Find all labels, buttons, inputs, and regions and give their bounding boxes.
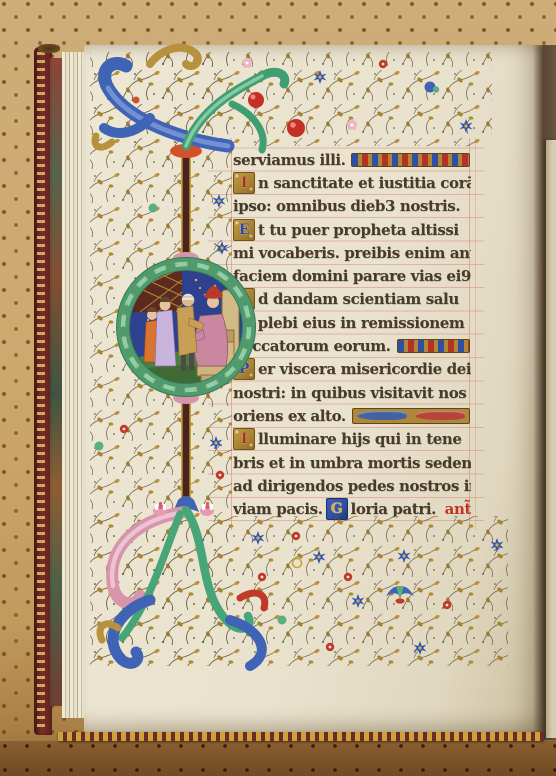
line-text: mi vocaberis. preibis enim ante	[233, 244, 471, 262]
manuscript-line: ad dirigendos pedes nostros in	[233, 474, 471, 497]
manuscript-line: mi vocaberis. preibis enim ante	[233, 241, 471, 264]
manuscript-line: tis plebi eius in remissionem	[233, 311, 471, 334]
line-text: n sanctitate et iustitia corā	[258, 174, 471, 192]
gold-tooling	[37, 52, 45, 730]
worn-corner	[38, 44, 60, 53]
text-block: serviamus illi.In sanctitate et iustitia…	[233, 148, 471, 521]
illuminated-initial: E	[233, 219, 255, 241]
manuscript-line: Et tu puer propheta altissi	[233, 218, 471, 241]
next-leaf-sliver	[546, 140, 556, 738]
manuscript-line: bris et in umbra mortis sedent	[233, 451, 471, 474]
manuscript-line: oriens ex alto.	[233, 404, 471, 427]
manuscript-photo: serviamus illi.In sanctitate et iustitia…	[0, 0, 556, 776]
manuscript-line: faciem domini parare vias ei9	[233, 264, 471, 287]
manuscript-line: Ad dandam scientiam salu	[233, 288, 471, 311]
manuscript-line: In sanctitate et iustitia corā	[233, 171, 471, 194]
line-text: ad dirigendos pedes nostros in	[233, 477, 471, 495]
illuminated-initial: A	[233, 288, 255, 310]
rubric-label: ant̃	[439, 500, 471, 518]
illuminated-initial: P	[233, 358, 255, 380]
line-text: faciem domini parare vias ei9	[233, 267, 471, 285]
line-text: d dandam scientiam salu	[258, 290, 459, 308]
manuscript-line: Per viscera misericordie dei	[233, 358, 471, 381]
illuminated-initial: I	[233, 428, 255, 450]
line-text: er viscera misericordie dei	[258, 360, 471, 378]
right-bounding-rule-2	[475, 138, 476, 530]
line-text: lluminare hijs qui in tene	[258, 430, 462, 448]
manuscript-line: viam pacis.Gloria patri.ant̃	[233, 497, 471, 520]
manuscript-line: serviamus illi.	[233, 148, 471, 171]
line-text: tis plebi eius in remissionem	[233, 314, 464, 332]
manuscript-line: nostri: in quibus visitavit nos	[233, 381, 471, 404]
line-text: bris et in umbra mortis sedent	[233, 454, 471, 472]
manuscript-line: Illuminare hijs qui in tene	[233, 428, 471, 451]
line-text: ipso: omnibus dieb3 nostris.	[233, 197, 460, 215]
line-text: serviamus illi.	[233, 151, 345, 169]
line-text: peccatorum eorum.	[233, 337, 391, 355]
manuscript-line: ipso: omnibus dieb3 nostris.	[233, 195, 471, 218]
fish-motif	[415, 411, 465, 420]
fish-pair-bar	[352, 408, 470, 424]
fish-motif	[357, 411, 407, 420]
line-text: t tu puer propheta altissi	[258, 221, 459, 239]
illuminated-initial: I	[233, 172, 255, 194]
inline-initial: G	[326, 498, 348, 520]
line-text-2: loria patri.	[351, 500, 436, 518]
gold-floral-bar	[397, 339, 470, 353]
left-bounding-rule	[231, 138, 232, 530]
manuscript-line: peccatorum eorum.	[233, 334, 471, 357]
line-text: viam pacis.	[233, 500, 323, 518]
backdrop-shadow-band	[0, 741, 556, 776]
gilt-edge-strip	[58, 732, 544, 741]
line-text: oriens ex alto.	[233, 407, 346, 425]
line-text: nostri: in quibus visitavit nos	[233, 384, 466, 402]
gold-floral-bar	[351, 153, 470, 167]
